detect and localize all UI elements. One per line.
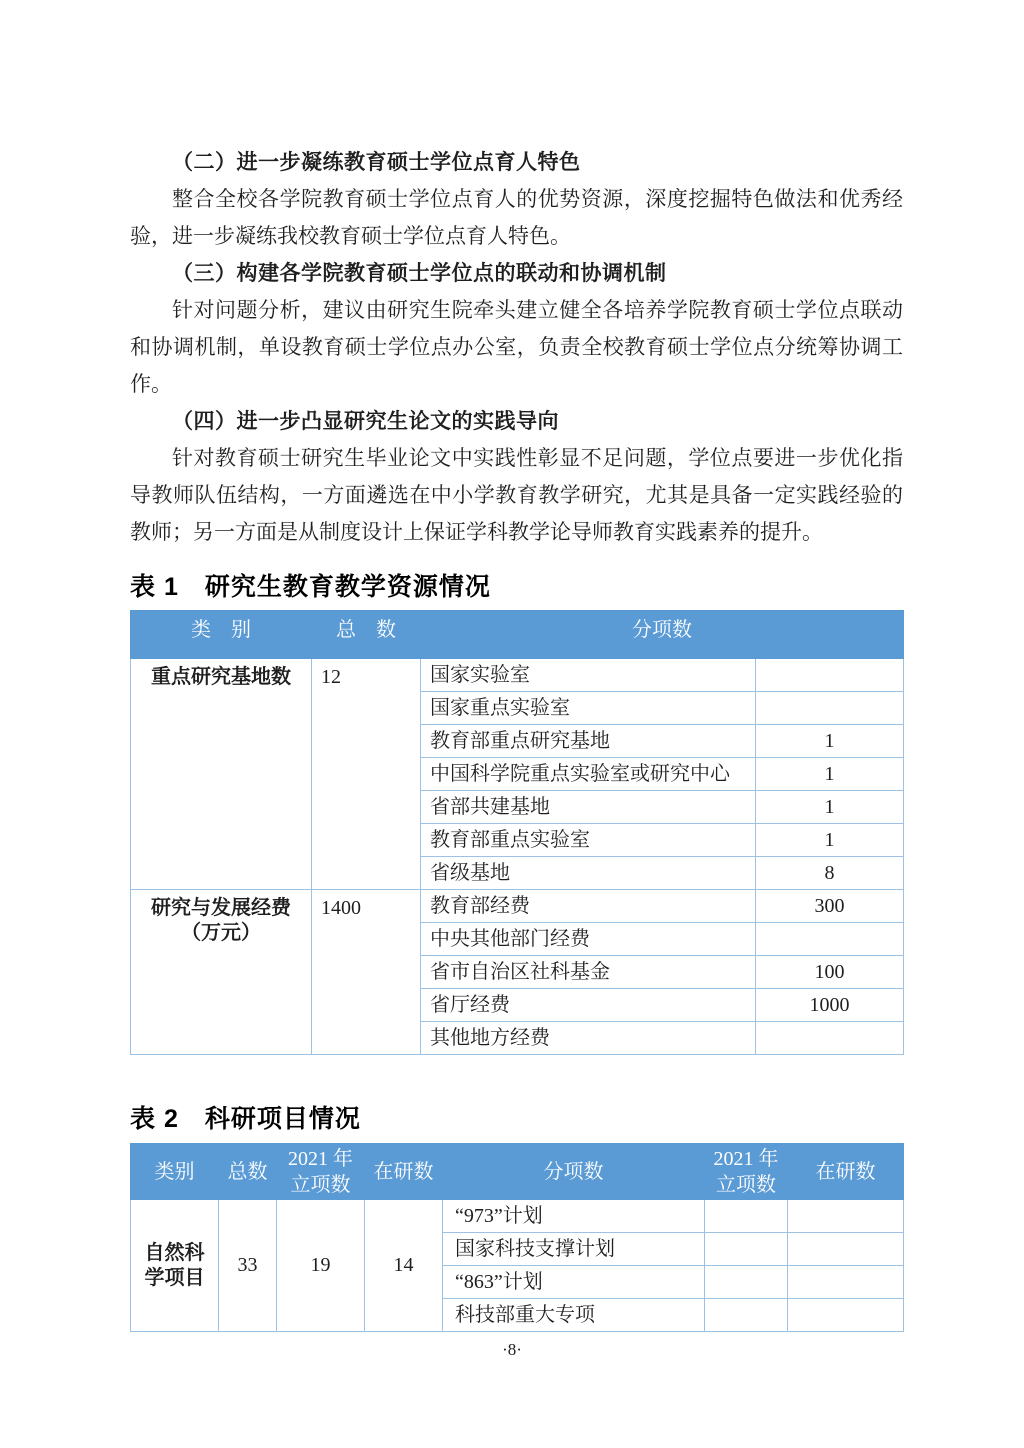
- cell-subitem-name: 其他地方经费: [421, 1022, 756, 1055]
- table2-title: 表 2 科研项目情况: [130, 1099, 903, 1135]
- cell-total: 12: [312, 659, 421, 890]
- cell-subitem-name: 省部共建基地: [421, 791, 756, 824]
- cell-approved-2021: 19: [277, 1200, 365, 1332]
- table1-header-category: 类 别: [131, 611, 312, 659]
- section-body-3: 针对问题分析，建议由研究生院牵头建立健全各培养学院教育硕士学位点联动和协调机制，…: [130, 292, 903, 403]
- cell-subitem-value: [756, 659, 904, 692]
- cell-subitem-value: [756, 923, 904, 956]
- table1-title: 表 1 研究生教育教学资源情况: [130, 567, 903, 603]
- cell-subitem-name: 教育部经费: [421, 890, 756, 923]
- cell-category: 研究与发展经费 （万元）: [131, 890, 312, 1055]
- table2-header-subitem: 分项数: [443, 1144, 705, 1200]
- document-page: （二）进一步凝练教育硕士学位点育人特色 整合全校各学院教育硕士学位点育人的优势资…: [0, 0, 1024, 1448]
- cell-subitem-name: 省市自治区社科基金: [421, 956, 756, 989]
- cell-subitem-approved: [705, 1299, 788, 1332]
- cell-subitem-value: [756, 692, 904, 725]
- cell-subitem-name: 省厅经费: [421, 989, 756, 1022]
- cell-subitem-approved: [705, 1233, 788, 1266]
- cell-subitem-value: 1: [756, 791, 904, 824]
- table1-header-row: 类 别 总 数 分项数: [131, 611, 904, 659]
- cell-subitem-value: 8: [756, 857, 904, 890]
- cell-subitem-value: 100: [756, 956, 904, 989]
- table-education-resources: 类 别 总 数 分项数 重点研究基地数 12 国家实验室 国家重点实验室 教育部: [130, 610, 904, 1055]
- table2-header-approved-2021: 2021 年 立项数: [277, 1144, 365, 1200]
- cell-subitem-approved: [705, 1266, 788, 1299]
- table2-header-category: 类别: [131, 1144, 219, 1200]
- table-row: 研究与发展经费 （万元） 1400 教育部经费 300: [131, 890, 904, 923]
- cell-subitem-name: 中央其他部门经费: [421, 923, 756, 956]
- cell-subitem-name: 国家实验室: [421, 659, 756, 692]
- table2-header-sub-approved-2021: 2021 年 立项数: [705, 1144, 788, 1200]
- section-heading-3: （三）构建各学院教育硕士学位点的联动和协调机制: [130, 255, 903, 292]
- cell-subitem-value: [756, 1022, 904, 1055]
- section-heading-4: （四）进一步凸显研究生论文的实践导向: [130, 403, 903, 440]
- cell-subitem-approved: [705, 1200, 788, 1233]
- cell-subitem-value: 1: [756, 725, 904, 758]
- table2-header-total: 总数: [219, 1144, 277, 1200]
- cell-subitem-ongoing: [788, 1299, 904, 1332]
- cell-subitem-name: 教育部重点研究基地: [421, 725, 756, 758]
- cell-subitem-name: 省级基地: [421, 857, 756, 890]
- cell-subitem-name: 国家重点实验室: [421, 692, 756, 725]
- section-body-2: 整合全校各学院教育硕士学位点育人的优势资源，深度挖掘特色做法和优秀经验，进一步凝…: [130, 181, 903, 255]
- cell-subitem-name: 中国科学院重点实验室或研究中心: [421, 758, 756, 791]
- table-research-projects: 类别 总数 2021 年 立项数 在研数 分项数 2021 年 立项数 在研数 …: [130, 1143, 904, 1332]
- cell-total: 33: [219, 1200, 277, 1332]
- cell-subitem-name: “973”计划: [443, 1200, 705, 1233]
- cell-subitem-ongoing: [788, 1266, 904, 1299]
- section-heading-2: （二）进一步凝练教育硕士学位点育人特色: [130, 144, 903, 181]
- table1-header-total: 总 数: [312, 611, 421, 659]
- cell-total: 1400: [312, 890, 421, 1055]
- table2-header-row: 类别 总数 2021 年 立项数 在研数 分项数 2021 年 立项数 在研数: [131, 1144, 904, 1200]
- section-body-4: 针对教育硕士研究生毕业论文中实践性彰显不足问题，学位点要进一步优化指导教师队伍结…: [130, 440, 903, 551]
- page-content: （二）进一步凝练教育硕士学位点育人特色 整合全校各学院教育硕士学位点育人的优势资…: [130, 144, 903, 1332]
- cell-subitem-name: “863”计划: [443, 1266, 705, 1299]
- table2-header-ongoing: 在研数: [365, 1144, 443, 1200]
- cell-subitem-ongoing: [788, 1200, 904, 1233]
- cell-subitem-value: 1: [756, 824, 904, 857]
- cell-subitem-name: 国家科技支撑计划: [443, 1233, 705, 1266]
- table-row: 重点研究基地数 12 国家实验室: [131, 659, 904, 692]
- cell-subitem-ongoing: [788, 1233, 904, 1266]
- page-number: ·8·: [0, 1340, 1024, 1360]
- table2-header-sub-ongoing: 在研数: [788, 1144, 904, 1200]
- cell-category: 重点研究基地数: [131, 659, 312, 890]
- cell-subitem-value: 300: [756, 890, 904, 923]
- cell-subitem-name: 教育部重点实验室: [421, 824, 756, 857]
- cell-category: 自然科 学项目: [131, 1200, 219, 1332]
- cell-subitem-name: 科技部重大专项: [443, 1299, 705, 1332]
- cell-subitem-value: 1: [756, 758, 904, 791]
- table-row: 自然科 学项目 33 19 14 “973”计划: [131, 1200, 904, 1233]
- cell-ongoing: 14: [365, 1200, 443, 1332]
- table1-header-subitem: 分项数: [421, 611, 904, 659]
- cell-subitem-value: 1000: [756, 989, 904, 1022]
